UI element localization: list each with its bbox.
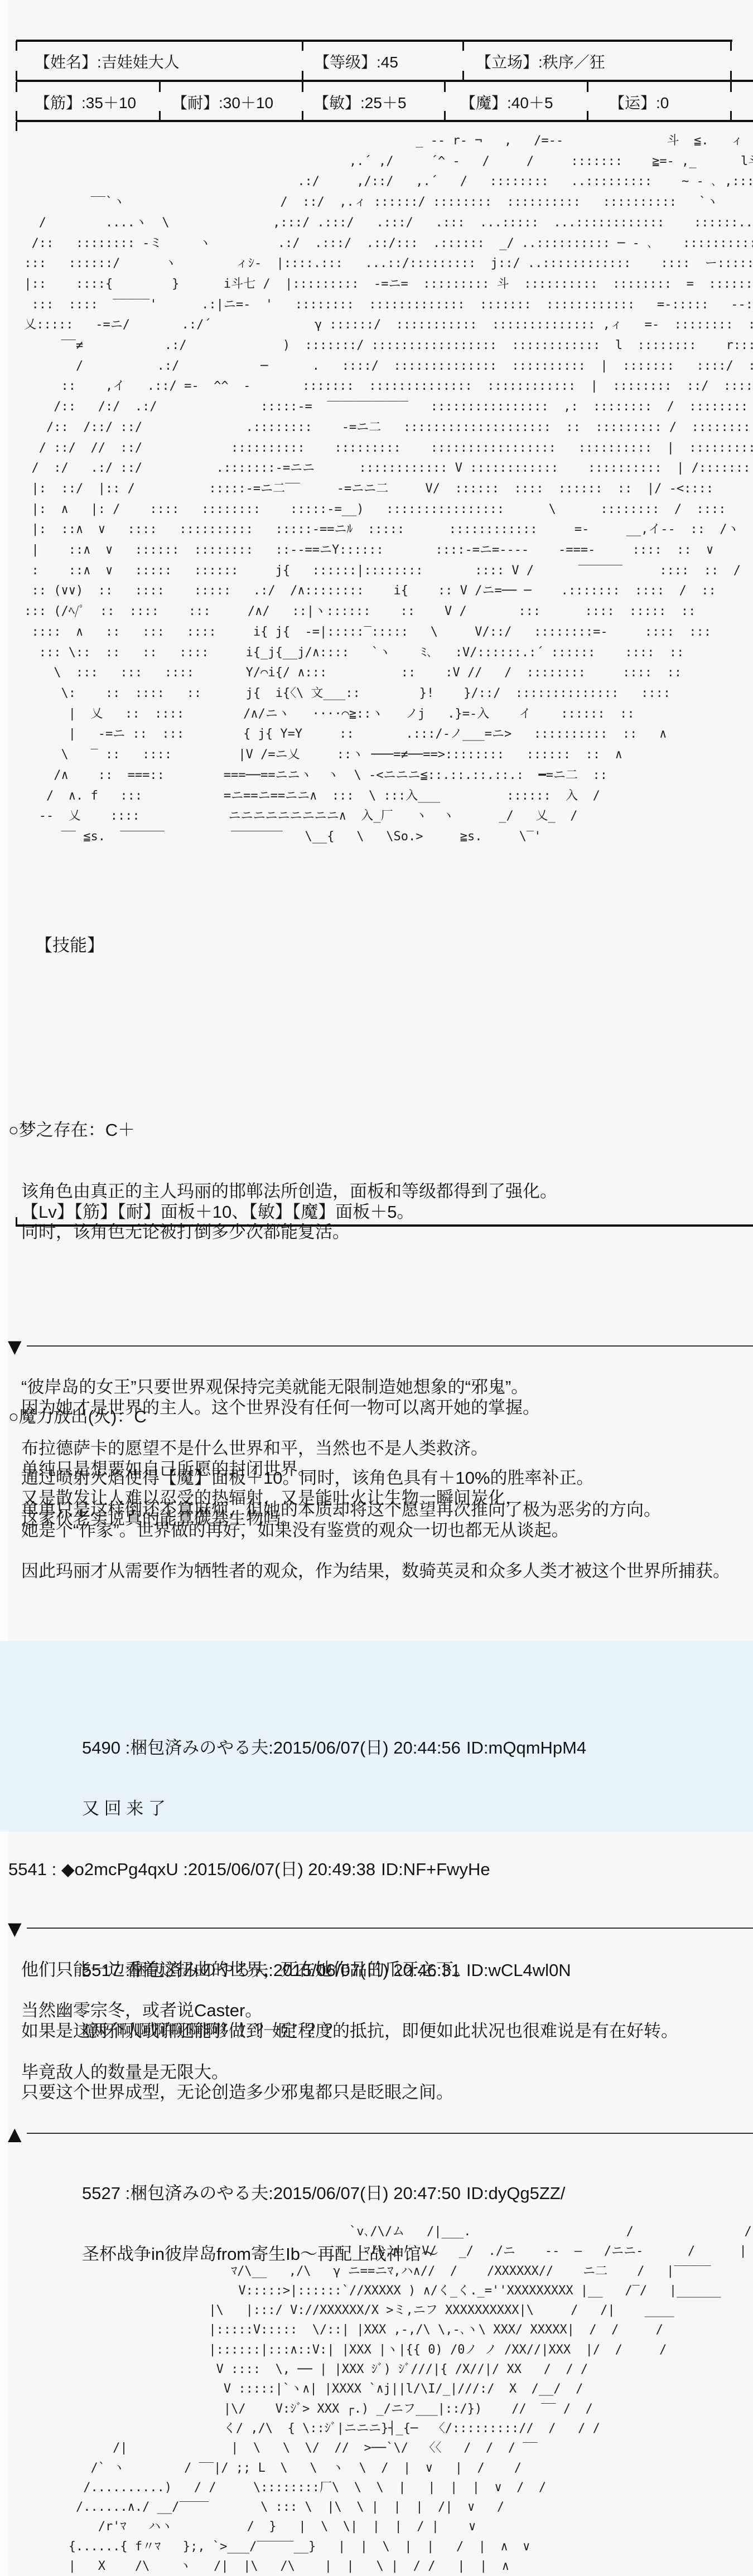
cell-divider — [302, 41, 303, 51]
spacer — [8, 998, 594, 1018]
reply-datetime: 2015/06/07(日) 20:47:50 — [273, 2183, 461, 2203]
reply-number: 5490 — [82, 1738, 120, 1757]
post-id: ID:NF+FwyHe — [381, 1860, 490, 1879]
stat-endurance: 【耐】:30＋10 — [172, 93, 273, 113]
reply-id: ID:dyQg5ZZ/ — [466, 2183, 565, 2203]
reply-author: 梱包済みのやる夫 — [130, 1738, 268, 1757]
stat-magic: 【魔】:40＋5 — [460, 93, 553, 113]
stat-label: 【立场】 — [476, 54, 538, 71]
down-triangle-icon: ▼ — [8, 1919, 22, 1939]
stat-label: 【等级】 — [314, 54, 376, 71]
stat-level: 【等级】:45 — [314, 52, 398, 72]
post-separator: : — [178, 1860, 188, 1879]
stat-name: 【姓名】:吉娃娃大人 — [35, 52, 180, 72]
stat-value: 吉娃娃大人 — [102, 54, 180, 71]
section-divider — [27, 1928, 753, 1929]
stat-label: 【姓名】 — [35, 54, 97, 71]
ascii-art-creature: _ -‐ r‐ ¬ , /=‐- 斗 ≦. ィ ,.´ ,/ ´^ ‐ / / … — [17, 131, 753, 848]
reply-body: 又 回 来 了 — [82, 1799, 586, 1819]
cell-divider — [16, 111, 17, 121]
skill-rank: C＋ — [105, 1120, 135, 1140]
cell-divider — [462, 41, 464, 51]
stat-separator: : — [376, 54, 381, 71]
cell-divider — [159, 111, 161, 121]
reply-separator: : — [268, 1738, 273, 1757]
reply-number: 5527 — [82, 2183, 120, 2203]
section-divider — [27, 1345, 753, 1347]
reply-datetime: 2015/06/07(日) 20:44:56 — [273, 1738, 461, 1757]
stat-label: 【筋】 — [35, 94, 81, 112]
reply-separator: : — [268, 2183, 273, 2203]
skill-separator: ： — [88, 1120, 105, 1140]
reply-separator: : — [120, 1738, 130, 1757]
stat-label: 【耐】 — [172, 94, 219, 112]
status-panel-row-divider — [16, 80, 753, 82]
circle-bullet-icon: ○ — [8, 1407, 19, 1426]
stat-separator: : — [81, 94, 86, 112]
stat-separator: : — [360, 94, 365, 112]
frame-left-tick — [16, 122, 17, 131]
reply-author: 梱包済みのやる夫 — [130, 2183, 268, 2203]
skill-item: ○梦之存在：C＋ 该角色由真正的主人玛丽的邯郸法所创造，面板和等级都得到了强化。… — [8, 1079, 594, 1284]
stat-alignment: 【立场】:秩序／狂 — [476, 52, 605, 72]
stat-value: 秩序／狂 — [543, 54, 605, 71]
stat-luck: 【运】:0 — [609, 93, 669, 113]
stat-strength: 【筋】:35＋10 — [35, 93, 136, 113]
stat-label: 【运】 — [609, 94, 656, 112]
skill-description: 该角色由真正的主人玛丽的邯郸法所创造，面板和等级都得到了强化。 【Lv】【筋】【… — [8, 1182, 594, 1243]
down-triangle-icon: ▼ — [8, 1337, 22, 1357]
stat-separator: : — [219, 94, 223, 112]
up-triangle-icon: ▲ — [8, 2124, 22, 2144]
cell-divider — [302, 82, 303, 92]
post-header: 5541 : ◆o2mcPg4qxU :2015/06/07(日) 20:49:… — [8, 1860, 490, 1880]
reply-header: 5527 :梱包済みのやる夫:2015/06/07(日) 20:47:50ID:… — [82, 2183, 586, 2204]
stat-separator: : — [656, 94, 660, 112]
stat-value: 25＋5 — [365, 94, 407, 112]
cell-divider — [444, 111, 446, 121]
cell-divider — [462, 71, 464, 81]
post-number: 5541 — [8, 1860, 47, 1879]
status-frame-bottom-border — [16, 1224, 753, 1227]
cell-divider — [302, 71, 303, 81]
cell-divider — [730, 71, 732, 81]
stat-value: 40＋5 — [511, 94, 553, 112]
ascii-art-figures: `v､/\/ム /|___. / / ﾏ/\,∧ V/ _/ ./ニ ‐- ― … — [17, 2222, 752, 2576]
stat-value: 45 — [381, 54, 398, 71]
cell-divider — [730, 82, 732, 92]
reply-separator: : — [120, 2183, 130, 2203]
stat-agility: 【敏】:25＋5 — [313, 93, 407, 113]
cell-divider — [16, 41, 17, 51]
cell-divider — [587, 82, 588, 92]
stat-separator: : — [97, 54, 102, 71]
skill-name: 梦之存在 — [19, 1120, 88, 1140]
status-panel-top-border — [16, 40, 732, 42]
skills-heading: 【技能】 — [8, 936, 594, 956]
reply-header: 5490 :梱包済みのやる夫:2015/06/07(日) 20:44:56ID:… — [82, 1738, 586, 1758]
post-separator: : — [47, 1860, 61, 1879]
post-datetime: 2015/06/07(日) 20:49:38 — [188, 1860, 375, 1879]
stat-separator: : — [507, 94, 511, 112]
section-divider — [27, 2133, 753, 2134]
cell-divider — [159, 82, 161, 92]
skill-title: ○梦之存在：C＋ — [8, 1120, 594, 1141]
cell-divider — [16, 82, 17, 92]
post-tripcode: ◆o2mcPg4qxU — [61, 1860, 178, 1879]
reply-id: ID:mQqmHpM4 — [466, 1738, 586, 1757]
narration-block: “彼岸岛的女王”只要世界观保持完美就能无限制造她想象的“邪鬼”。 因为她才是世界… — [21, 1377, 730, 1582]
status-panel-bottom-border — [16, 120, 753, 122]
cell-divider — [444, 82, 446, 92]
stat-value: 0 — [660, 94, 669, 112]
stat-value: 30＋10 — [223, 94, 273, 112]
cell-divider — [16, 71, 17, 81]
cell-divider — [587, 111, 588, 121]
stat-value: 35＋10 — [86, 94, 136, 112]
quoted-reply: 5490 :梱包済みのやる夫:2015/06/07(日) 20:44:56ID:… — [82, 1698, 586, 1860]
circle-bullet-icon: ○ — [8, 1120, 19, 1140]
cell-divider — [730, 111, 732, 121]
cell-divider — [730, 41, 732, 51]
stat-label: 【敏】 — [313, 94, 360, 112]
cell-divider — [302, 111, 303, 121]
narration-block: 他们只能一边看着这扭曲的世界，死在她作品的爪牙之下。 当然幽零宗冬，或者说Cas… — [21, 1960, 678, 2103]
page-left-margin — [0, 0, 8, 2576]
stat-separator: : — [538, 54, 543, 71]
stat-label: 【魔】 — [460, 94, 507, 112]
